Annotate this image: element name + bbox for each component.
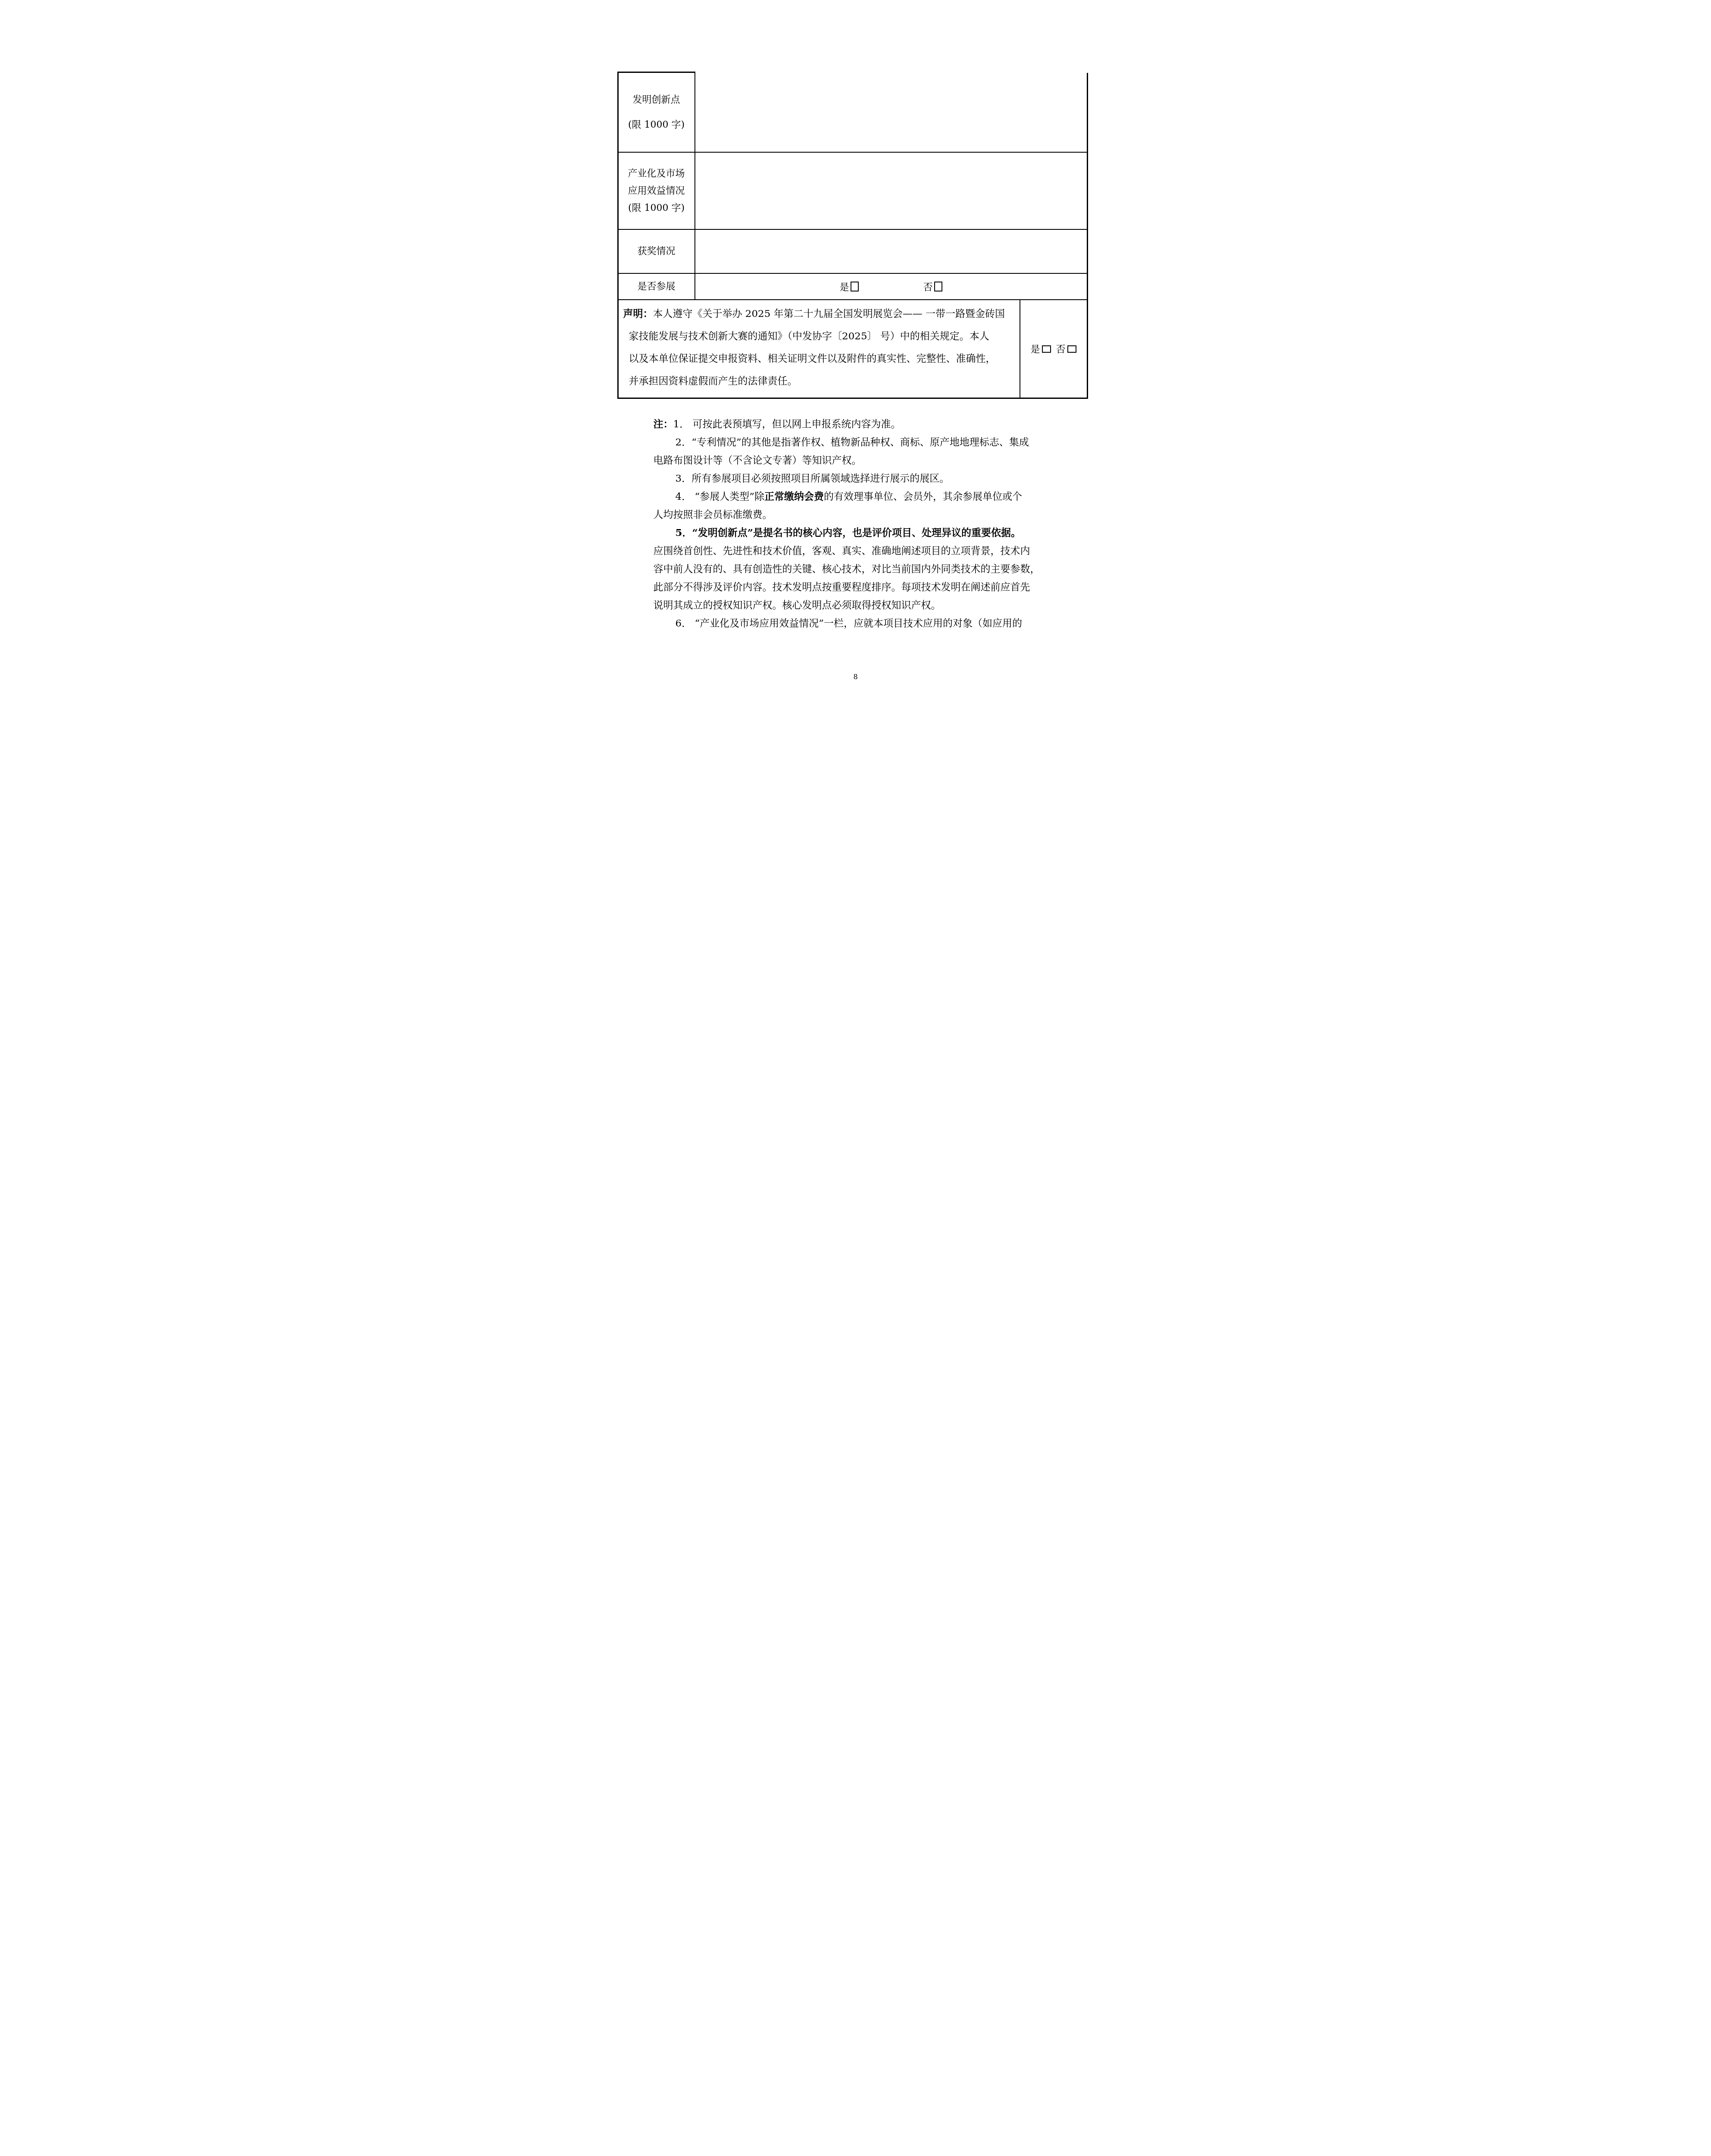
note-5-line5: 说明其成立的授权知识产权。核心发明点必须取得授权知识产权。	[654, 596, 1064, 614]
declaration-lead: 声明：	[623, 308, 653, 320]
table-right-border	[1087, 73, 1088, 399]
note-6-line1: 6． “产业化及市场应用效益情况”一栏，应就本项目技术应用的对象（如应用的	[654, 614, 1064, 633]
declaration-text: 声明：本人遵守《关于举办 2025 年第二十九届全国发明展览会—— 一带一路暨金…	[623, 303, 1019, 392]
innovation-points-label: 发明创新点 (限 1000 字)	[619, 73, 694, 152]
notes-section: 注：1． 可按此表预填写，但以网上申报系统内容为准。 2．“专利情况”的其他是指…	[654, 415, 1064, 633]
industrialization-label-line2: 应用效益情况	[628, 185, 685, 197]
awards-label-text: 获奖情况	[637, 246, 675, 257]
exhibit-yes-label: 是	[839, 282, 849, 293]
declaration-no-label: 否	[1056, 344, 1066, 355]
innovation-points-label-line1: 发明创新点	[632, 94, 680, 106]
row4-row5-divider	[617, 299, 1088, 300]
industrialization-input-area[interactable]	[695, 153, 1087, 229]
declaration-line4: 并承担因资料虚假而产生的法律责任。	[623, 370, 1019, 392]
declaration-yes-option: 是	[1030, 342, 1051, 355]
note-5-line4: 此部分不得涉及评价内容。技术发明点按重要程度排序。每项技术发明在阐述前应首先	[654, 578, 1064, 596]
exhibit-label-text: 是否参展	[637, 281, 675, 292]
exhibit-yes-option: 是	[839, 280, 858, 293]
note-5-line1: 5．“发明创新点”是提名书的核心内容，也是评价项目、处理异议的重要依据。	[654, 524, 1064, 542]
industrialization-limit: (限 1000 字)	[628, 203, 685, 214]
note-5-line2: 应围绕首创性、先进性和技术价值，客观、真实、准确地阐述项目的立项背景，技术内	[654, 542, 1064, 560]
innovation-points-input-area[interactable]	[695, 73, 1087, 152]
declaration-no-checkbox[interactable]	[1067, 345, 1076, 353]
note-4-line1: 4． “参展人类型”除正常缴纳会费的有效理事单位、会员外，其余参展单位或个	[654, 488, 1064, 506]
declaration-yes-label: 是	[1030, 344, 1040, 355]
note-2-line2: 电路布图设计等（不含论文专著）等知识产权。	[654, 451, 1064, 470]
industrialization-label-line1: 产业化及市场	[628, 168, 685, 179]
exhibit-label: 是否参展	[619, 274, 694, 299]
note-3: 3．所有参展项目必须按照项目所属领域选择进行展示的展区。	[654, 470, 1064, 488]
notes-lead: 注：	[654, 418, 673, 430]
declaration-line2: 家技能发展与技术创新大赛的通知》（中发协字〔2025〕 号）中的相关规定。本人	[623, 325, 1019, 348]
innovation-points-limit: (限 1000 字)	[628, 119, 685, 131]
note-5-line3: 容中前人没有的、具有创造性的关键、核心技术，对比当前国内外同类技术的主要参数，	[654, 560, 1064, 578]
document-page: 发明创新点 (限 1000 字) 产业化及市场 应用效益情况 (限 1000 字…	[599, 0, 1112, 726]
page-number: 8	[599, 673, 1112, 681]
exhibit-yes-checkbox[interactable]	[851, 282, 859, 291]
exhibit-no-option: 否	[923, 280, 942, 293]
awards-input-area[interactable]	[695, 230, 1087, 273]
exhibit-options: 是 否	[695, 274, 1087, 299]
note-4-bold-run: 正常缴纳会费	[764, 491, 824, 502]
declaration-options: 是 否	[1020, 299, 1087, 398]
exhibit-no-checkbox[interactable]	[934, 282, 942, 291]
declaration-line1: 声明：本人遵守《关于举办 2025 年第二十九届全国发明展览会—— 一带一路暨金…	[623, 303, 1019, 325]
awards-label: 获奖情况	[619, 230, 694, 273]
note-2-line1: 2．“专利情况”的其他是指著作权、植物新品种权、商标、原产地地理标志、集成	[654, 433, 1064, 451]
note-1: 注：1． 可按此表预填写，但以网上申报系统内容为准。	[654, 415, 1064, 433]
table-bottom-border	[617, 398, 1088, 399]
declaration-yes-checkbox[interactable]	[1042, 345, 1051, 353]
declaration-line3: 以及本单位保证提交申报资料、相关证明文件以及附件的真实性、完整性、准确性，	[623, 348, 1019, 370]
note-4-line2: 人均按照非会员标准缴费。	[654, 506, 1064, 524]
exhibit-no-label: 否	[923, 282, 933, 293]
declaration-no-option: 否	[1056, 342, 1076, 355]
industrialization-label: 产业化及市场 应用效益情况 (限 1000 字)	[619, 153, 694, 229]
